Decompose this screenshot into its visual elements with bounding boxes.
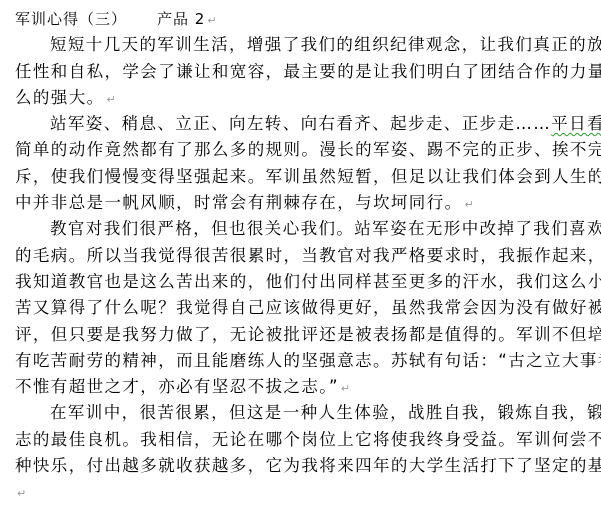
line-text: 站军姿、稍息、立正、向左转、向右看齐、起步走、正步走…… [50,114,551,133]
text-line: 斥，使我们慢慢变得坚强起来。军训虽然短暂，但足以让我们体会到人生的路途 [15,164,571,190]
text-line: 不惟有超世之才，亦必有坚忍不拔之志。”↵ [15,374,571,400]
text-line: 站军姿、稍息、立正、向左转、向右看齐、起步走、正步走……平日看来最 [15,111,571,137]
text-line: 苦又算得了什么呢？我觉得自己应该做得更好，虽然我常会因为没有做好被批 [15,295,571,321]
line-text: 简单的动作竟然都有了那么多的规则。漫长的军姿、踢不完的正步、挨不完的训 [15,140,601,159]
text-line: 的毛病。所以当我觉得很苦很累时，当教官对我严格要求时，我振作起来，因为 [15,243,571,269]
line-text: 不惟有超世之才，亦必有坚忍不拔之志。” [15,377,339,396]
text-line: 简单的动作竟然都有了那么多的规则。漫长的军姿、踢不完的正步、挨不完的训 [15,137,571,163]
text-line: 么的强大。↵ [15,85,571,111]
paragraph-mark-icon: ↵ [107,93,116,106]
line-text: 任性和自私，学会了谦让和宽容，最主要的是让我们明白了团结合作的力量是多 [15,62,601,81]
text-line: 有吃苦耐劳的精神，而且能磨练人的坚强意志。苏轼有句话：“古之立大事者， [15,348,571,374]
line-text: 评，但只要是我努力做了，无论被批评还是被表扬都是值得的。军训不但培养人 [15,325,601,344]
text-line: 志的最佳良机。我相信，无论在哪个岗位上它将使我终身受益。军训何尝不是一 [15,427,571,453]
line-text: 在军训中，很苦很累，但这是一种人生体验，战胜自我，锻炼自我，锻炼意 [50,403,601,422]
paragraph-mark-icon: ↵ [465,198,474,211]
text-line: 教官对我们很严格，但也很关心我们。站军姿在无形中改掉了我们喜欢驼背 [15,216,571,242]
text-line: 任性和自私，学会了谦让和宽容，最主要的是让我们明白了团结合作的力量是多 [15,59,571,85]
text-line: 种快乐，付出越多就收获越多，它为我将来四年的大学生活打下了坚定的基础。↵ [15,453,571,479]
text-line: 短短十几天的军训生活，增强了我们的组织纪律观念，让我们真正的放下了 [15,32,571,58]
paragraph-mark-icon: ↵ [207,14,216,27]
paragraph-mark-icon: ↵ [17,487,26,500]
line-text: 志的最佳良机。我相信，无论在哪个岗位上它将使我终身受益。军训何尝不是一 [15,430,601,449]
text-line: 中并非总是一帆风顺，时常会有荆棘存在，与坎坷同行。↵ [15,190,571,216]
grammar-squiggle[interactable]: 平日看来 [551,114,601,133]
line-text: 中并非总是一帆风顺，时常会有荆棘存在，与坎坷同行。 [15,193,463,212]
paragraph-mark-icon: ↵ [341,382,350,395]
document-title-line: 军训心得（三）产品 2↵ [15,6,571,32]
line-text: 斥，使我们慢慢变得坚强起来。军训虽然短暂，但足以让我们体会到人生的路途 [15,167,601,186]
line-text: 的毛病。所以当我觉得很苦很累时，当教官对我严格要求时，我振作起来，因为 [15,246,601,265]
line-text: 我知道教官也是这么苦出来的，他们付出同样甚至更多的汗水，我们这么小小的 [15,272,601,291]
line-text: 短短十几天的军训生活，增强了我们的组织纪律观念，让我们真正的放下了 [50,35,601,54]
text-line: 在军训中，很苦很累，但这是一种人生体验，战胜自我，锻炼自我，锻炼意 [15,400,571,426]
line-text: 有吃苦耐劳的精神，而且能磨练人的坚强意志。苏轼有句话：“古之立大事者， [15,351,601,370]
line-text: 么的强大。 [15,88,105,107]
line-text: 教官对我们很严格，但也很关心我们。站军姿在无形中改掉了我们喜欢驼背 [50,219,601,238]
line-text: 苦又算得了什么呢？我觉得自己应该做得更好，虽然我常会因为没有做好被批 [15,298,601,317]
text-line: 评，但只要是我努力做了，无论被批评还是被表扬都是值得的。军训不但培养人 [15,322,571,348]
document-subtitle: 产品 2 [157,10,205,28]
document-body[interactable]: 短短十几天的军训生活，增强了我们的组织纪律观念，让我们真正的放下了任性和自私，学… [15,32,571,505]
text-line: 我知道教官也是这么苦出来的，他们付出同样甚至更多的汗水，我们这么小小的 [15,269,571,295]
text-line: ↵ [15,479,571,505]
document-page: 军训心得（三）产品 2↵ 短短十几天的军训生活，增强了我们的组织纪律观念，让我们… [15,6,571,506]
line-text: 种快乐，付出越多就收获越多，它为我将来四年的大学生活打下了坚定的基础。 [15,456,601,475]
document-title: 军训心得（三） [15,10,127,28]
